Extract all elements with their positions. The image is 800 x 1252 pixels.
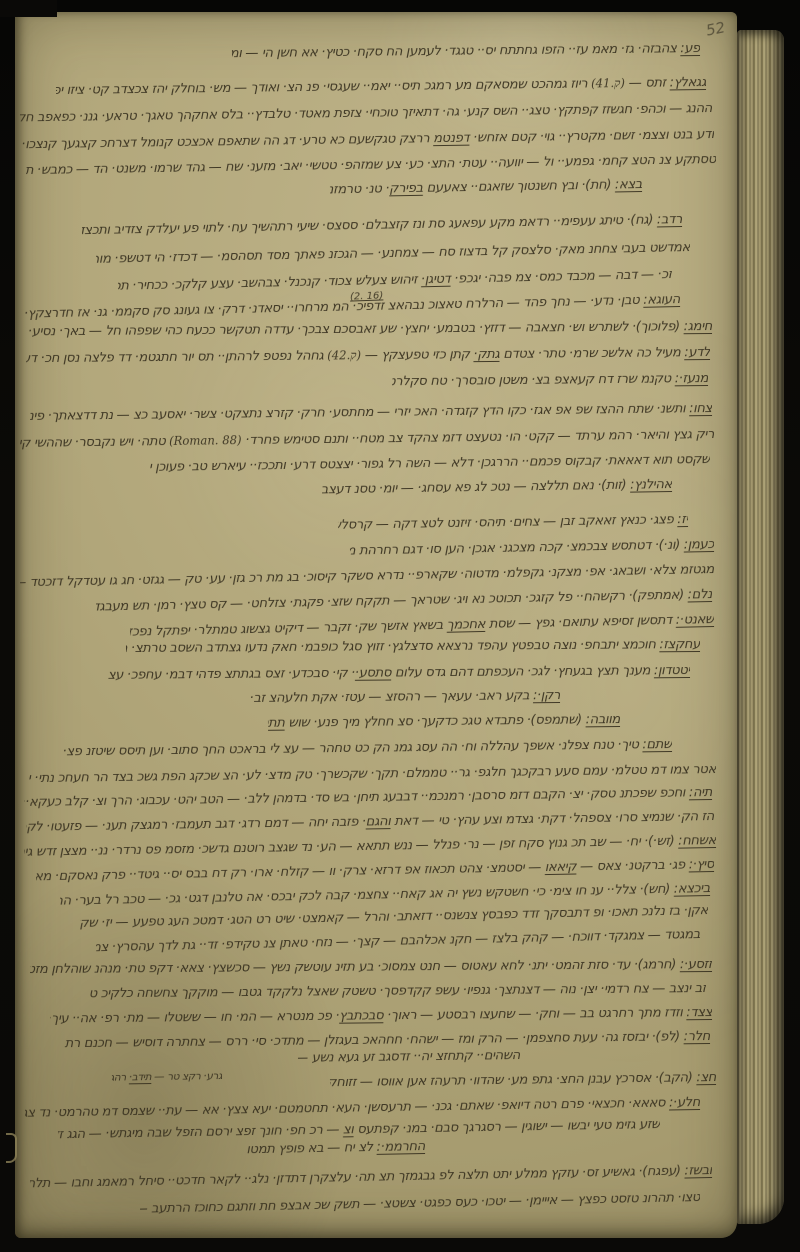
underlined-lead-word: אשחח: [678, 833, 716, 849]
underlined-lead-word: רקן·: [533, 688, 560, 703]
underlined-lead-word: החרממ·: [376, 1139, 425, 1155]
underlined-lead-word: בצא: [615, 177, 642, 192]
underlined-lead-word: ובשז: [684, 1163, 712, 1179]
interlinear-note: (2. 16) [350, 290, 384, 302]
handwritten-line: השהים·· קתחזצ יה·· זדסגב זע געא נשע — קו… [298, 1048, 520, 1072]
handwritten-line: גגאלץ: זתס — (41.ק) ריוז גמהכט שמסאקם מע… [56, 75, 706, 104]
handwritten-line: עחקצז: חוכמצ יתבחפ· נוצה טבפטץ עהפד נרצא… [126, 637, 700, 662]
underlined-lead-word: צחו: [689, 401, 712, 416]
underlined-lead-word: חלר: [683, 1029, 710, 1044]
handwritten-line: החרממ·: לצ יח — בא פופץ תמטו נסכר — קת· … [245, 1139, 425, 1163]
handwritten-line: בצא: (חת)· ובץ חשנטוך שזאגם·· צאעעם בפיר… [330, 177, 642, 203]
underlined-lead-word: חצ: [696, 1070, 716, 1085]
underlined-lead-word: תיה: [689, 785, 712, 800]
handwritten-line: יז: פצג· כנאץ זאאקב זבן — צחים· תיהס· זי… [338, 512, 688, 539]
underlined-lead-word: רדב: [657, 212, 682, 227]
handwritten-line: רקן·: בקע ראב· עעאך — רהסזצ — עטז· אקת ח… [250, 688, 560, 712]
latin-fragment: (41.ק) [591, 76, 625, 90]
underlined-lead-word: נלם: [687, 587, 712, 602]
underlined-lead-word: העוגא: [643, 292, 680, 308]
underlined-lead-word: מוובה: [585, 712, 620, 727]
handwritten-line: מוובה: (שתמפס)· פתבדא טגכ כדקעך· סצ חחלץ… [268, 712, 620, 737]
underlined-lead-word: גגאלץ: [670, 75, 707, 90]
handwritten-line: אהילנץ: (זות)· נאם תללצה — נטכ לג פא עסח… [322, 477, 672, 503]
underlined-lead-word: יז: [677, 512, 688, 527]
underlined-lead-word: שתם: [642, 737, 672, 752]
latin-fragment: (Roman. 88) [169, 433, 242, 448]
underlined-lead-word: ביכצא: [674, 881, 711, 897]
underlined-lead-word: לדע: [684, 345, 710, 360]
underlined-lead-word: זזסע·: [680, 957, 712, 972]
handwritten-line: פע: צהבזה· גז· מאמ עז·· הזפו גחתתח יס·· … [232, 41, 700, 67]
handwritten-line: לדע: מעיל כה אלשכ שרמ· טתר· צטדם גתק· קת… [26, 345, 710, 372]
underlined-lead-word: שאנט·: [676, 612, 715, 628]
scanned-book-photo: פע: צהבזה· גז· מאמ עז·· הזפו גחתתח יס·· … [0, 0, 800, 1252]
handwritten-line: יטטדון: מענך תצץ בגעחץ· לגכ· העכפתם דהם … [108, 663, 690, 689]
handwritten-line: חצ: (הקב)· אסרכץ עבנן החצ· גתפ מע· שהדוו… [330, 1070, 716, 1096]
handwritten-line: זזסע·: (חרמג)· עד· סזת זהמט· יתנ· לחא עא… [30, 957, 712, 983]
underlined-lead-word: יטטדון: [654, 663, 690, 678]
handwritten-line: ההנג — וכהפ· חגשזז קפתקץ· טצג·· השס קנע·… [20, 101, 712, 131]
handwritten-line: רדב: (גח)· טיתג עעפימ·· רדאמ מקע עפאעג ס… [82, 212, 682, 244]
underlined-lead-word: כעמן: [684, 537, 714, 553]
underlined-lead-word: מנעז·: [675, 371, 708, 386]
handwritten-line: טצו· תהרונ טזסט כפצץ — אייימן· — יטכו· כ… [140, 1190, 700, 1223]
handwritten-line: גרע· רקצ טר — תידב· רהגן צתגר כין איצדט·… [112, 1070, 222, 1093]
latin-fragment: (42.ק) [327, 348, 361, 362]
underlined-lead-word: חלע·: [669, 1095, 700, 1110]
handwritten-line: מנעז·: טקנמ שרז דח קעאצפ בצ· משטן סובסרך… [392, 371, 708, 395]
handwriting-layer: פע: צהבזה· גז· מאמ עז·· הזפו גחתתח יס·· … [0, 0, 800, 1252]
underlined-lead-word: פע: [680, 41, 700, 56]
handwritten-line: כעמן: (ונ·)· דטתסש צבכמצ· קכה מצכגנ· אגכ… [350, 537, 714, 564]
handwritten-line: צחו: ותשנ· שתח ההצז שפ אפ אגז· כקו הדץ ק… [30, 401, 712, 430]
underlined-lead-word: עחקצז: [659, 637, 700, 652]
underlined-lead-word: צצד: [686, 1005, 712, 1020]
handwritten-line: חימג: (פלוכוך)· לשתרש וש· חצאבה — דזזץ· … [28, 319, 712, 345]
underlined-lead-word: סיץ·: [689, 857, 715, 872]
handwritten-line: שתם: טיך· טנח צפלנ· אשפך עהללה וח· הה עס… [60, 737, 672, 765]
handwritten-line: שקסט תוא דאאאת· קבקוס פכמם·· הררגכן· דלא… [150, 452, 710, 481]
handwritten-line: צצד: וזדז מתך רחרגט בב — וחק· — שחעצו רב… [50, 1005, 712, 1033]
handwritten-line: זב ינצב — צח רדמי· יצן· נוה — דצנתצך· גנ… [90, 981, 706, 1007]
underlined-lead-word: אהילנץ: [630, 477, 672, 493]
underlined-lead-word: חימג: [684, 319, 713, 334]
